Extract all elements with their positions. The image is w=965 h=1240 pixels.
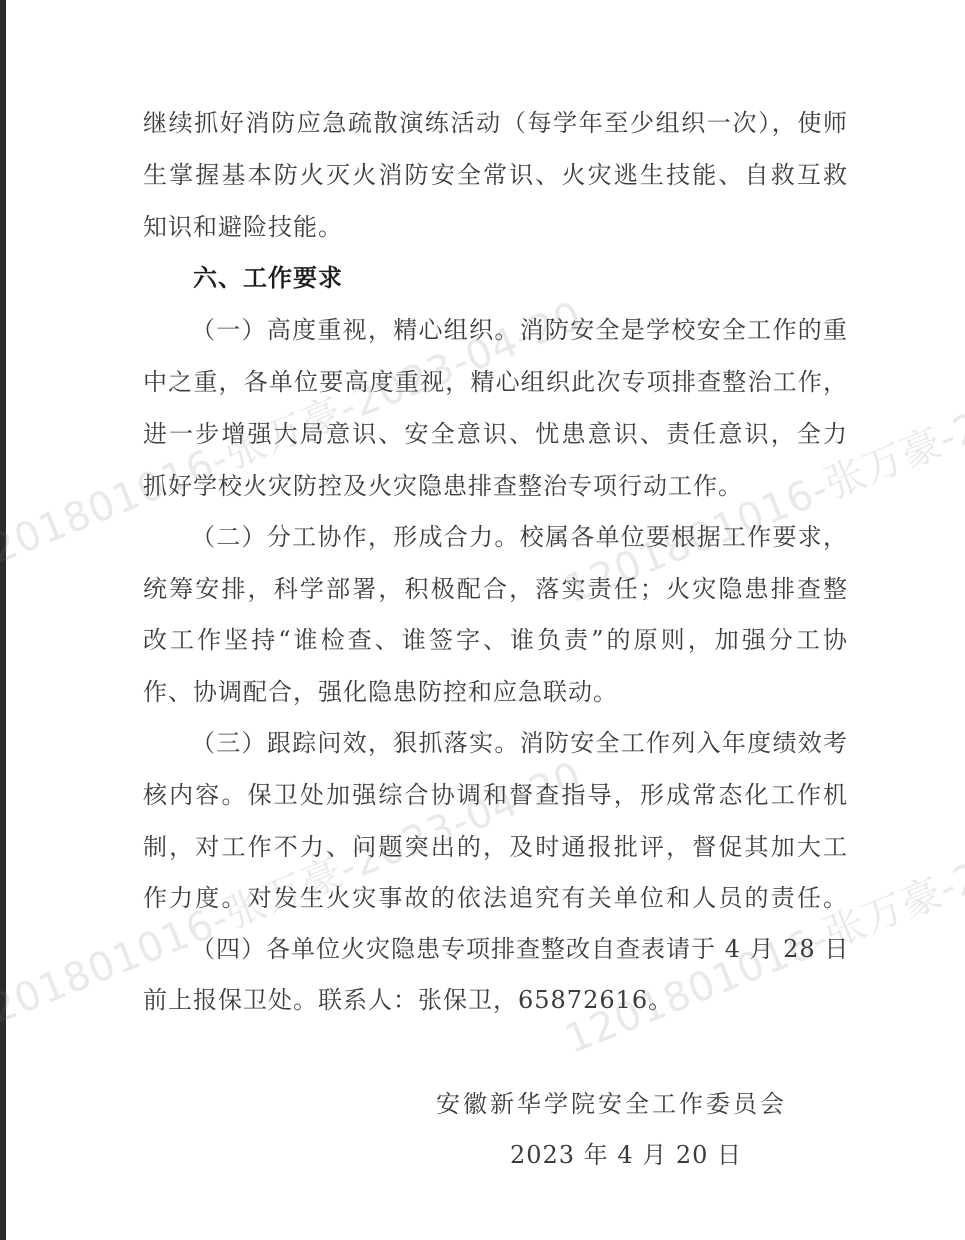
paragraph-1-line: 抓好学校火灾防控及火灾隐患排查整治专项行动工作。 <box>143 460 848 512</box>
signature-date: 2023 年 4 月 20 日 <box>510 1129 742 1181</box>
body-line: 知识和避险技能。 <box>143 201 848 253</box>
signature-organization: 安徽新华学院安全工作委员会 <box>436 1078 787 1130</box>
paragraph-2-line: （二）分工协作，形成合力。校属各单位要根据工作要求， <box>191 511 848 563</box>
paragraph-2-line: 作、协调配合，强化隐患防控和应急联动。 <box>143 666 848 718</box>
paragraph-1-line: 中之重，各单位要高度重视，精心组织此次专项排查整治工作， <box>143 356 848 408</box>
document-page[interactable]: 1201801016-张万豪-2023-04-20 1201801016-张万豪… <box>6 0 965 1240</box>
paragraph-1-line: （一）高度重视，精心组织。消防安全是学校安全工作的重 <box>191 304 848 356</box>
section-heading: 六、工作要求 <box>193 252 343 304</box>
paragraph-4-line: （四）各单位火灾隐患专项排查整改自查表请于 4 月 28 日 <box>191 923 848 975</box>
paragraph-2-line: 改工作坚持“谁检查、谁签字、谁负责”的原则，加强分工协 <box>143 614 848 666</box>
paragraph-3-line: 制，对工作不力、问题突出的，及时通报批评，督促其加大工 <box>143 821 848 873</box>
paragraph-2-line: 统筹安排，科学部署，积极配合，落实责任；火灾隐患排查整 <box>143 563 848 615</box>
paragraph-4-line: 前上报保卫处。联系人：张保卫，65872616。 <box>143 974 848 1026</box>
paragraph-3-line: 作力度。对发生火灾事故的依法追究有关单位和人员的责任。 <box>143 872 848 924</box>
body-line: 继续抓好消防应急疏散演练活动（每学年至少组织一次），使师 <box>143 97 848 149</box>
paragraph-3-line: 核内容。保卫处加强综合协调和督查指导，形成常态化工作机 <box>143 769 848 821</box>
paragraph-3-line: （三）跟踪问效，狠抓落实。消防安全工作列入年度绩效考 <box>191 717 848 769</box>
body-line: 生掌握基本防火灭火消防安全常识、火灾逃生技能、自救互救 <box>143 149 848 201</box>
paragraph-1-line: 进一步增强大局意识、安全意识、忧患意识、责任意识，全力 <box>143 408 848 460</box>
